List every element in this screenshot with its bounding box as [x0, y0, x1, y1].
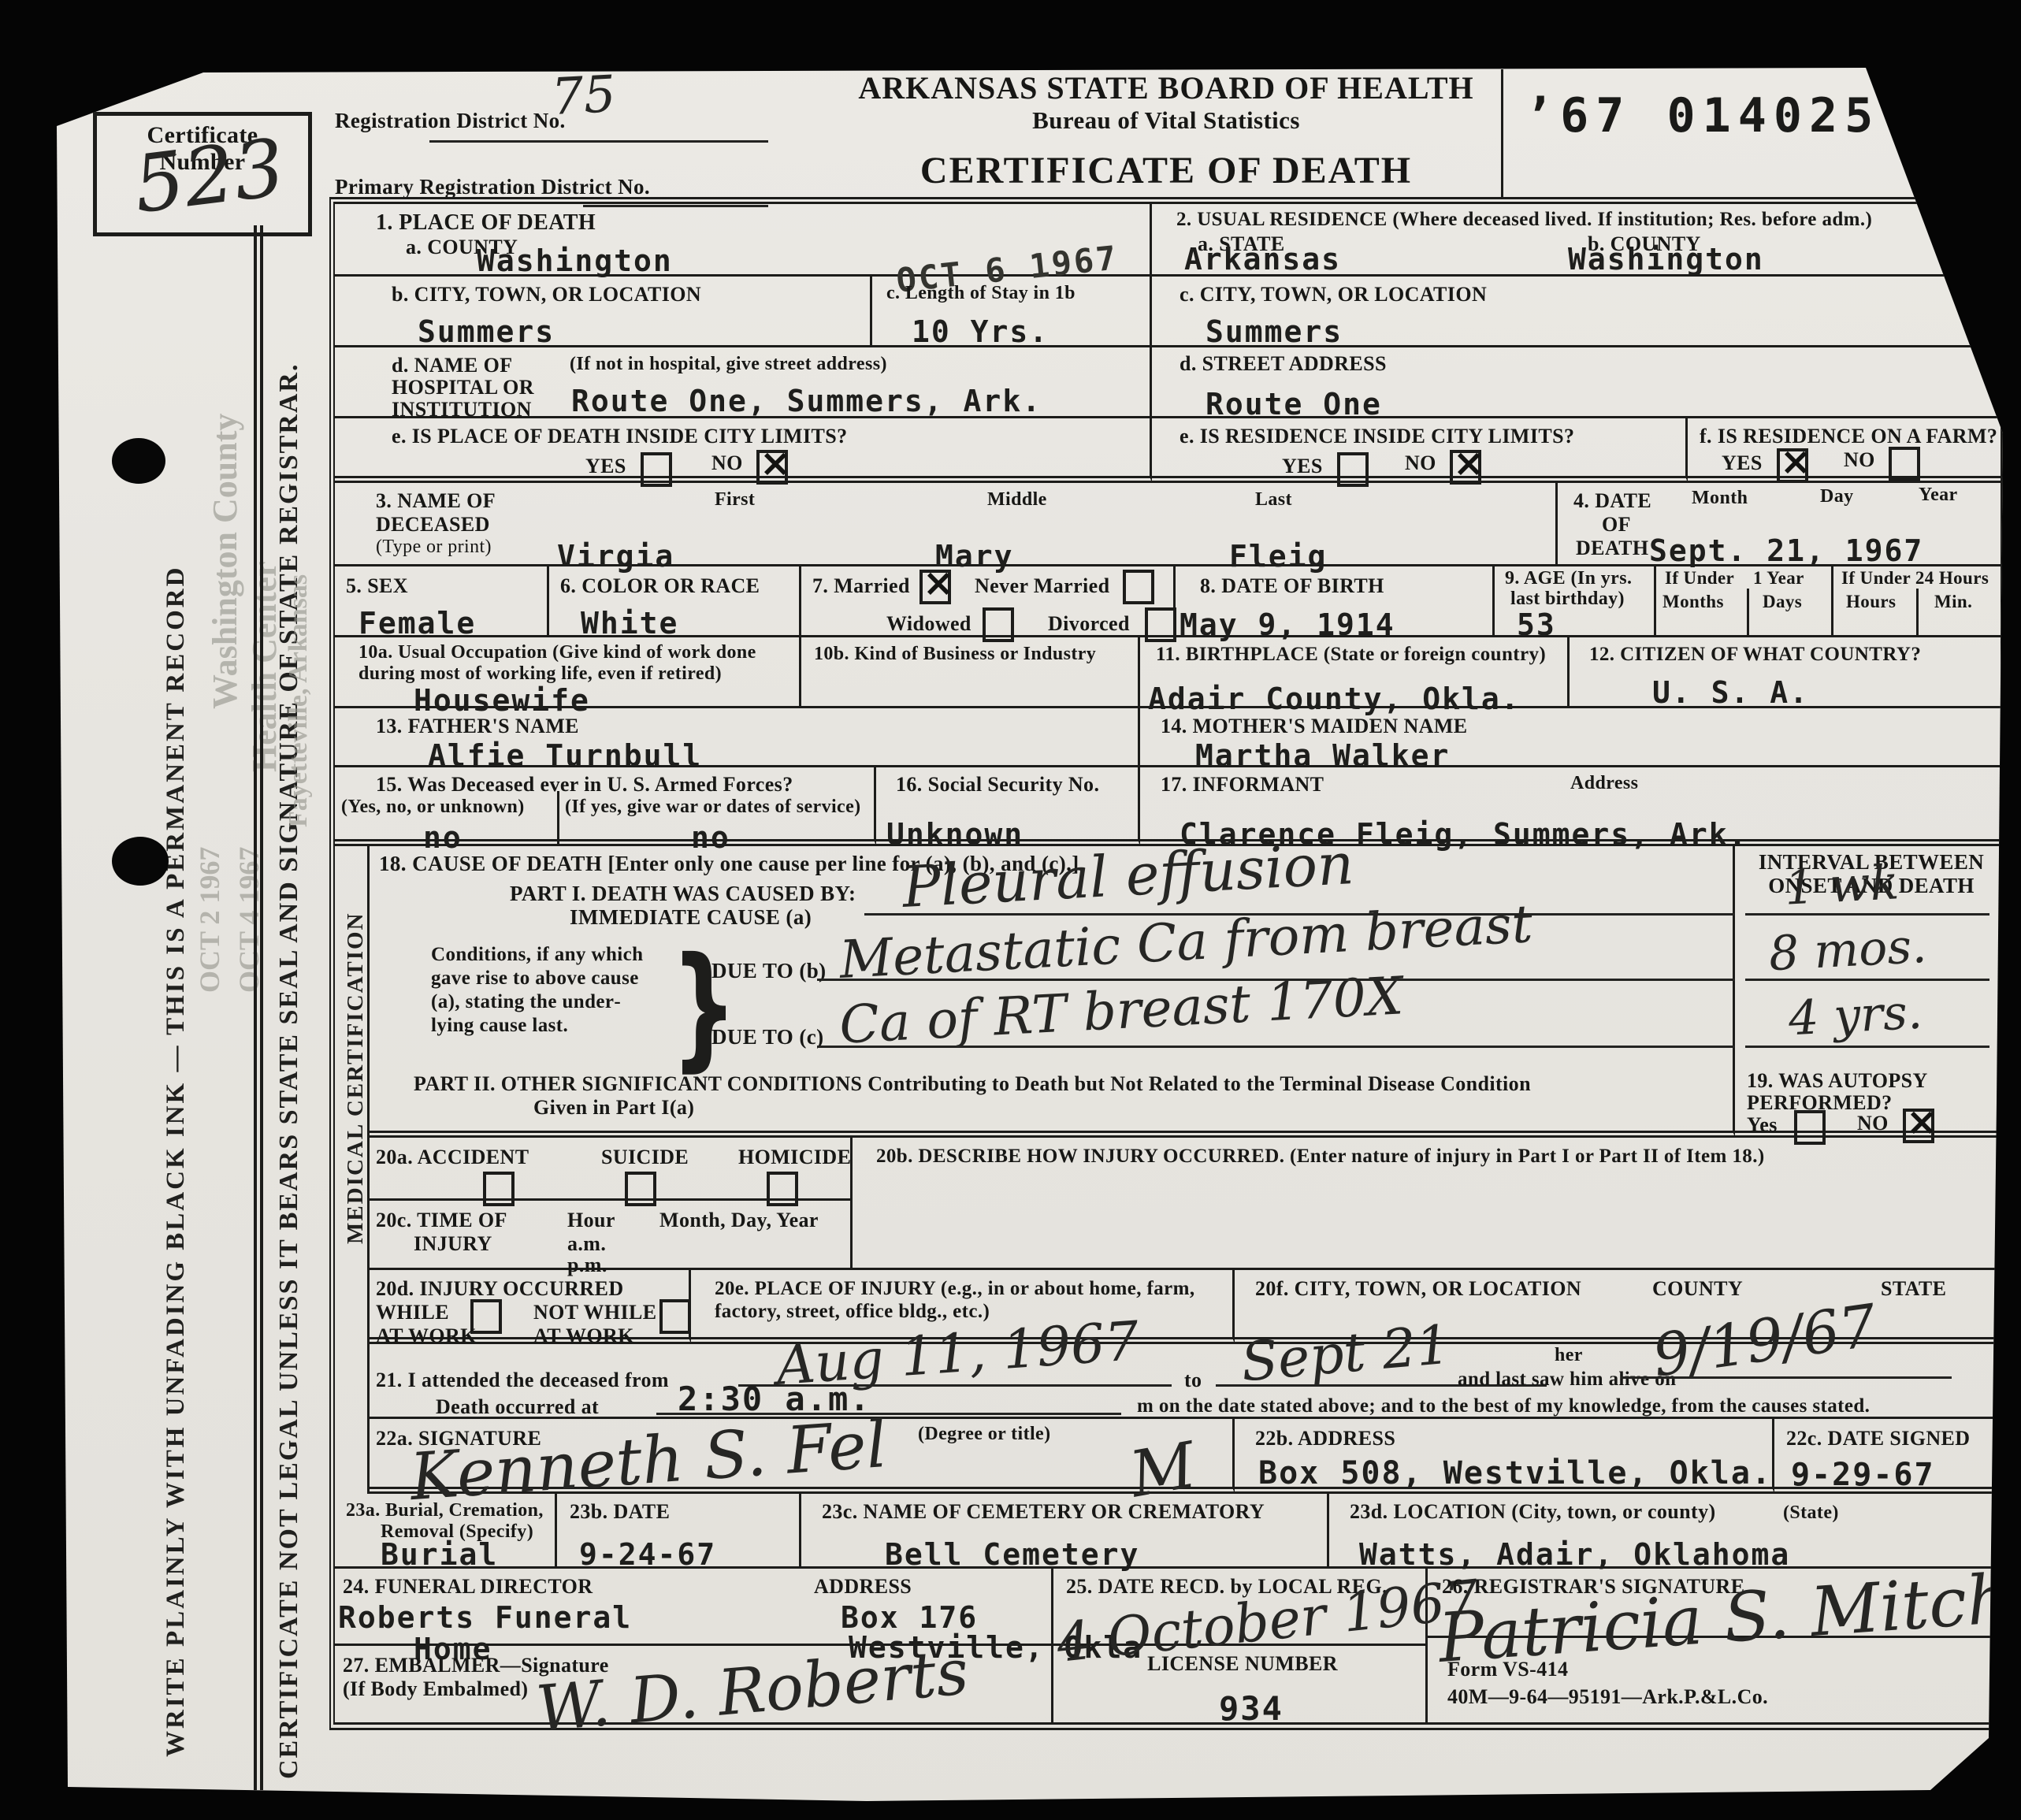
- faint-stamp-date-1: OCT 2 1967: [193, 847, 226, 993]
- outer-frame-rule: [254, 225, 263, 1790]
- widowed-checkbox: [983, 607, 1014, 642]
- usual-residence-title: 2. USUAL RESIDENCE (Where deceased lived…: [1176, 209, 1872, 231]
- cemetery-value: Bell Cemetery: [885, 1537, 1139, 1572]
- burial-location-value: Watts, Adair, Oklahoma: [1359, 1537, 1790, 1572]
- faint-stamp-city: Fayetteville, Arkansas: [284, 574, 314, 827]
- punch-hole-top: [112, 438, 165, 484]
- accident-checkbox: [483, 1172, 515, 1206]
- residence-limits-yes-label: YES: [1282, 455, 1323, 478]
- funeral-director-value-1: Roberts Funeral: [338, 1600, 632, 1635]
- physician-address-label: 22b. ADDRESS: [1255, 1427, 1395, 1450]
- farm-yes-label: YES: [1722, 451, 1763, 475]
- autopsy-no-label: NO: [1857, 1112, 1889, 1135]
- interval-a-value: 1 wk: [1783, 855, 1900, 916]
- ssn-label: 16. Social Security No.: [896, 773, 1099, 797]
- months-header: Months: [1662, 592, 1724, 612]
- hours-header: Hours: [1846, 592, 1896, 612]
- physician-signature-tail: M: [1125, 1428, 1202, 1512]
- residence-city-value: Summers: [1206, 314, 1343, 349]
- place-of-injury-label: 20e. PLACE OF INJURY (e.g., in or about …: [715, 1277, 1219, 1323]
- divorced-label: Divorced: [1048, 612, 1130, 636]
- farm-no-label: NO: [1844, 448, 1875, 472]
- time-of-injury-label-2: INJURY: [414, 1232, 492, 1256]
- am-label: a.m.: [567, 1232, 606, 1256]
- sex-value: Female: [359, 606, 476, 641]
- death-limits-no-checkbox: ×: [756, 450, 788, 485]
- armed-forces-sub1: (Yes, no, or unknown): [341, 797, 525, 818]
- birthplace-label: 11. BIRTHPLACE (State or foreign country…: [1156, 644, 1546, 666]
- hospital-value: Route One, Summers, Ark.: [571, 384, 1042, 418]
- due-to-b-label: DUE TO (b): [711, 959, 827, 983]
- certificate-paper: Certificate Number 523 WRITE PLAINLY WIT…: [0, 0, 2021, 1820]
- immediate-cause-label: IMMEDIATE CAUSE (a): [570, 905, 812, 930]
- date-signed-label: 22c. DATE SIGNED: [1786, 1427, 1970, 1450]
- hospital-note: (If not in hospital, give street address…: [570, 354, 887, 375]
- primary-registration-district-label: Primary Registration District No.: [335, 175, 650, 199]
- burial-location-label: 23d. LOCATION (City, town, or county): [1350, 1500, 1716, 1524]
- burial-date-value: 9-24-67: [579, 1537, 716, 1572]
- mothers-maiden-name-value: Martha Walker: [1195, 738, 1450, 773]
- hospital-label-2: HOSPITAL OR: [392, 376, 534, 399]
- residence-state-value: Arkansas: [1184, 242, 1341, 277]
- registration-district-label: Registration District No.: [335, 109, 566, 133]
- first-name-value: Virgia: [557, 539, 674, 574]
- occupation-label: 10a. Usual Occupation (Give kind of work…: [359, 642, 792, 685]
- injury-occurred-label: 20d. INJURY OCCURRED: [376, 1277, 624, 1301]
- punch-hole-bottom: [112, 837, 169, 886]
- citizen-value: U. S. A.: [1652, 675, 1809, 710]
- residence-city-label: c. CITY, TOWN, OR LOCATION: [1180, 283, 1487, 306]
- registration-district-line: [429, 140, 768, 143]
- degree-or-title-label: (Degree or title): [918, 1424, 1050, 1445]
- part2-label-2: Given in Part I(a): [533, 1096, 694, 1120]
- first-name-header: First: [715, 489, 755, 511]
- last-name-header: Last: [1255, 489, 1292, 511]
- name-of-deceased-label-2: DECEASED: [376, 513, 490, 537]
- faint-stamp-county: Washington County: [205, 414, 245, 709]
- date-of-death-label-2: OF: [1602, 513, 1631, 537]
- form-print-code: 40M—9-64—95191—Ark.P.&L.Co.: [1447, 1685, 1768, 1709]
- burial-label-1: 23a. Burial, Cremation,: [346, 1500, 544, 1521]
- injury-state-label: STATE: [1881, 1277, 1946, 1301]
- accident-label: 20a. ACCIDENT: [376, 1146, 529, 1169]
- armed-forces-value-1: no: [423, 820, 463, 855]
- divorced-checkbox: [1145, 607, 1176, 642]
- form-number: Form VS-414: [1447, 1658, 1568, 1681]
- attended-label: 21. I attended the deceased from: [376, 1369, 669, 1392]
- death-limits-yes-label: YES: [585, 455, 626, 478]
- embalmer-label-2: (If Body Embalmed): [343, 1677, 528, 1701]
- fathers-name-label: 13. FATHER'S NAME: [376, 715, 579, 738]
- under-1-year-label-1: If Under: [1665, 568, 1734, 589]
- bureau-subtitle: Bureau of Vital Statistics: [835, 106, 1497, 135]
- license-number-value: 934: [1219, 1689, 1284, 1728]
- year-header: Year: [1919, 485, 1958, 506]
- informant-address-header: Address: [1570, 773, 1638, 794]
- armed-forces-sub2: (If yes, give war or dates of service): [565, 797, 861, 818]
- date-of-death-label-1: 4. DATE: [1573, 489, 1651, 513]
- pm-label: p.m.: [567, 1254, 607, 1277]
- farm-yes-checkbox: ×: [1777, 448, 1808, 483]
- date-of-birth-value: May 9, 1914: [1180, 607, 1395, 642]
- widowed-label: Widowed: [886, 612, 971, 636]
- physician-address-value: Box 508, Westville, Okla.: [1258, 1455, 1772, 1491]
- armed-forces-label: 15. Was Deceased ever in U. S. Armed For…: [376, 773, 793, 797]
- cemetery-label: 23c. NAME OF CEMETERY OR CREMATORY: [822, 1500, 1265, 1524]
- residence-limits-yes-checkbox: [1337, 452, 1369, 487]
- last-name-value: Fleig: [1229, 539, 1327, 574]
- last-saw-label: and last saw him alive on: [1458, 1369, 1676, 1391]
- describe-injury-label: 20b. DESCRIBE HOW INJURY OCCURRED. (Ente…: [876, 1146, 1765, 1168]
- burial-date-label: 23b. DATE: [570, 1500, 670, 1524]
- autopsy-label-1: 19. WAS AUTOPSY: [1747, 1069, 1928, 1093]
- name-of-deceased-label-3: (Type or print): [376, 537, 492, 558]
- conditions-note: Conditions, if any which gave rise to ab…: [431, 943, 652, 1038]
- while-label: WHILE: [376, 1301, 449, 1324]
- interval-a-line: [1745, 913, 1989, 916]
- interval-b-value: 8 mos.: [1767, 919, 1928, 982]
- date-signed-value: 9-29-67: [1791, 1457, 1935, 1493]
- funeral-director-label: 24. FUNERAL DIRECTOR: [343, 1575, 593, 1599]
- color-race-label: 6. COLOR OR RACE: [560, 574, 760, 598]
- her-annotation: her: [1555, 1345, 1583, 1366]
- length-of-stay-label: c. Length of Stay in 1b: [886, 283, 1076, 304]
- month-day-year-header: Month, Day, Year: [659, 1209, 819, 1232]
- length-of-stay-value: 10 Yrs.: [912, 314, 1049, 349]
- residence-limits-no-checkbox: ×: [1450, 450, 1481, 485]
- death-occurred-label: Death occurred at: [436, 1395, 599, 1419]
- hospital-label-1: d. NAME OF: [392, 354, 513, 377]
- death-occurred-tail: m on the date stated above; and to the b…: [1137, 1395, 1870, 1417]
- business-industry-label: 10b. Kind of Business or Industry: [814, 644, 1096, 665]
- autopsy-yes-label: Yes: [1747, 1113, 1778, 1137]
- attended-to-label: to: [1184, 1369, 1202, 1392]
- place-county-value: Washington: [477, 243, 673, 278]
- not-while-label: NOT WHILE: [533, 1301, 657, 1324]
- funeral-address-header: ADDRESS: [814, 1575, 912, 1599]
- place-of-death-title: 1. PLACE OF DEATH: [376, 210, 596, 236]
- under-1-year-label-2: 1 Year: [1753, 568, 1804, 589]
- autopsy-no-checkbox: ×: [1903, 1109, 1934, 1143]
- certificate-title: CERTIFICATE OF DEATH: [835, 149, 1497, 192]
- residence-county-value: Washington: [1568, 242, 1764, 277]
- license-number-label: LICENSE NUMBER: [1093, 1652, 1392, 1676]
- min-header: Min.: [1934, 592, 1972, 612]
- middle-name-header: Middle: [987, 489, 1047, 511]
- board-title: ARKANSAS STATE BOARD OF HEALTH: [835, 69, 1497, 106]
- place-city-value: Summers: [418, 314, 555, 349]
- hours-min-divider: [1916, 589, 1919, 637]
- armed-forces-divider: [557, 791, 559, 846]
- at-work-label-2: AT WORK: [533, 1324, 634, 1348]
- faint-stamp-center: Health Center: [244, 561, 284, 772]
- months-days-divider: [1747, 589, 1749, 637]
- header-divider: [1501, 69, 1503, 197]
- certificate-grid: 1. PLACE OF DEATH a. COUNTY Washington O…: [329, 197, 2004, 1730]
- under-24-hours-label: If Under 24 Hours: [1841, 568, 1989, 589]
- days-header: Days: [1763, 592, 1802, 612]
- ssn-value: Unknown: [886, 817, 1024, 852]
- interval-c-value: 4 yrs.: [1787, 985, 1923, 1047]
- part2-label-1: PART II. OTHER SIGNIFICANT CONDITIONS Co…: [414, 1072, 1531, 1096]
- injury-county-label: COUNTY: [1652, 1277, 1743, 1301]
- birthplace-value: Adair County, Okla.: [1148, 682, 1521, 716]
- medical-certification-label: MEDICAL CERTIFICATION: [343, 912, 369, 1244]
- time-of-injury-label-1: 20c. TIME OF: [376, 1209, 507, 1232]
- part1-label: PART I. DEATH WAS CAUSED BY:: [510, 882, 856, 906]
- death-limits-no-label: NO: [711, 451, 743, 475]
- residence-city-limits-label: e. IS RESIDENCE INSIDE CITY LIMITS?: [1180, 425, 1574, 448]
- age-label-2: last birthday): [1510, 589, 1625, 610]
- date-of-death-label-3: DEATH: [1576, 537, 1649, 560]
- married-label: 7. Married: [812, 574, 910, 598]
- certificate-number-value: 523: [129, 121, 290, 231]
- street-address-value: Route One: [1206, 387, 1382, 422]
- injury-city-label: 20f. CITY, TOWN, OR LOCATION: [1255, 1277, 1581, 1301]
- suicide-checkbox: [625, 1172, 656, 1206]
- never-married-label: Never Married: [975, 574, 1109, 598]
- farm-no-checkbox: [1889, 447, 1920, 481]
- registration-district-value: 75: [550, 65, 617, 127]
- suicide-label: SUICIDE: [601, 1146, 689, 1169]
- date-of-birth-label: 8. DATE OF BIRTH: [1200, 574, 1384, 598]
- date-of-death-value: Sept. 21, 1967: [1649, 533, 1923, 568]
- not-while-at-work-checkbox: [659, 1299, 691, 1334]
- armed-forces-value-2: no: [691, 820, 730, 855]
- residence-farm-label: f. IS RESIDENCE ON A FARM?: [1700, 425, 1997, 448]
- citizen-label: 12. CITIZEN OF WHAT COUNTRY?: [1589, 644, 1921, 666]
- day-header: Day: [1820, 486, 1854, 507]
- name-of-deceased-label-1: 3. NAME OF: [376, 489, 496, 513]
- burial-location-state-label: (State): [1783, 1502, 1839, 1524]
- age-value: 53: [1517, 607, 1556, 642]
- conditions-brace: }: [671, 929, 737, 1085]
- burial-value: Burial: [381, 1537, 498, 1572]
- death-limits-yes-checkbox: [641, 452, 672, 487]
- margin-note-permanent-record: WRITE PLAINLY WITH UNFADING BLACK INK — …: [162, 566, 191, 1757]
- hour-header: Hour: [567, 1209, 615, 1232]
- mothers-maiden-name-label: 14. MOTHER'S MAIDEN NAME: [1161, 715, 1468, 738]
- state-file-number-stamp: ’67 014025: [1525, 88, 1880, 143]
- at-work-label-1: AT WORK: [376, 1324, 477, 1348]
- due-to-c-label: DUE TO (c): [711, 1025, 824, 1049]
- age-label-1: 9. AGE (In yrs.: [1505, 568, 1632, 589]
- street-address-label: d. STREET ADDRESS: [1180, 352, 1387, 376]
- homicide-checkbox: [767, 1172, 798, 1206]
- informant-label: 17. INFORMANT: [1161, 773, 1324, 797]
- autopsy-yes-checkbox: [1794, 1110, 1826, 1145]
- place-city-label: b. CITY, TOWN, OR LOCATION: [392, 283, 701, 306]
- occupation-value: Housewife: [414, 683, 590, 718]
- married-checkbox: ×: [919, 570, 951, 604]
- residence-limits-no-label: NO: [1405, 451, 1436, 475]
- hospital-label-3: INSTITUTION: [392, 398, 532, 422]
- interval-c-line: [1745, 1046, 1989, 1048]
- fathers-name-value: Alfie Turnbull: [428, 738, 702, 773]
- never-married-checkbox: [1123, 570, 1154, 604]
- month-header: Month: [1692, 488, 1748, 509]
- homicide-label: HOMICIDE: [738, 1146, 851, 1169]
- sex-label: 5. SEX: [346, 574, 408, 598]
- color-race-value: White: [581, 606, 678, 641]
- scanned-death-certificate: Certificate Number 523 WRITE PLAINLY WIT…: [0, 0, 2021, 1820]
